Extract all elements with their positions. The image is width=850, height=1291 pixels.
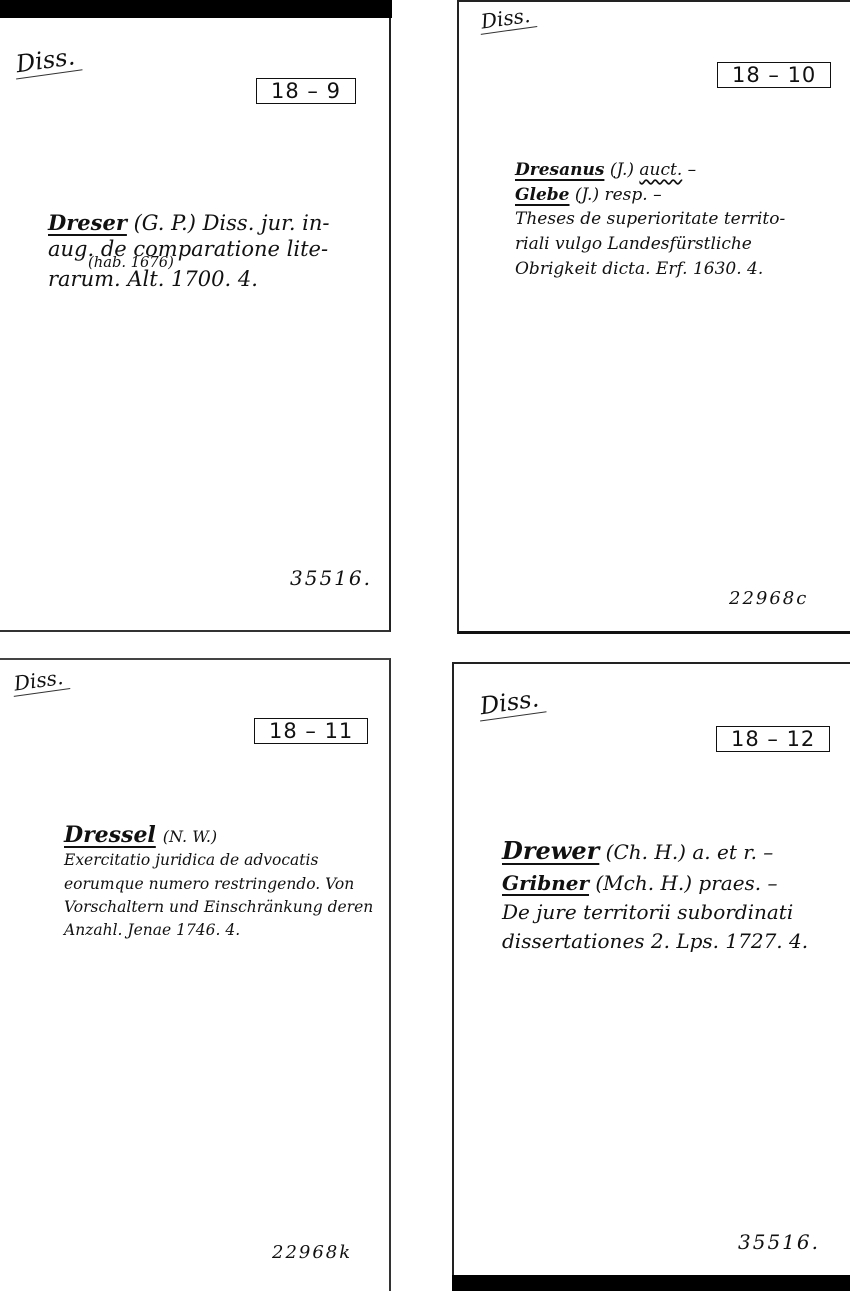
scan-border-top-left (0, 0, 392, 18)
author-name: Dresanus (515, 160, 604, 180)
entry-line: Theses de superioritate territo- (515, 207, 785, 232)
accession-number: 35516. (290, 566, 372, 590)
author-initials: (N. W.) (163, 827, 217, 846)
category-mark: Diss. (11, 666, 71, 697)
praeses-name: Gribner (502, 871, 589, 895)
entry-line: Anzahl. Jenae 1746. 4. (64, 919, 373, 942)
author-name: Drewer (502, 836, 599, 865)
entry-line: riali vulgo Landesfürstliche (515, 232, 785, 257)
author-role: auct. (639, 160, 682, 180)
author-initials: (Ch. H.) (606, 840, 686, 864)
respondent-name: Glebe (515, 185, 570, 205)
call-number: 18 – 9 (256, 78, 356, 104)
call-number: 18 – 10 (717, 62, 831, 88)
entry-line: Diss. jur. in- (203, 211, 330, 235)
entry-line: eorumque numero restringendo. Von (64, 873, 373, 896)
praeses-initials: (Mch. H.) (595, 871, 692, 895)
praeses-role: praes. – (698, 871, 777, 895)
entry-line: rarum. Alt. 1700. 4. (48, 267, 330, 293)
author-name: Dressel (64, 822, 156, 848)
author-role: a. et r. – (692, 840, 773, 864)
catalog-entry: Drewer (Ch. H.) a. et r. – Gribner (Mch.… (502, 834, 808, 956)
respondent-initials: (J.) (575, 185, 599, 205)
accession-number: 35516. (738, 1230, 820, 1254)
entry-line: Obrigkeit dicta. Erf. 1630. 4. (515, 257, 785, 282)
accession-number: 22968k (272, 1242, 352, 1263)
entry-line: Vorschaltern und Einschränkung deren (64, 896, 373, 919)
catalog-card-18-10: Diss. 18 – 10 Dresanus (J.) auct. – Gleb… (457, 0, 850, 634)
respondent-role: resp. – (604, 185, 661, 205)
author-initials: (G. P.) (134, 211, 196, 235)
category-mark: Diss. (12, 43, 82, 79)
entry-line: Exercitatio juridica de advocatis (64, 849, 373, 872)
category-mark: Diss. (478, 4, 538, 35)
accession-number: 22968c (729, 588, 808, 609)
scan-border-bottom-right (452, 1275, 850, 1291)
entry-line: De jure territorii subordinati (502, 898, 808, 927)
call-number: 18 – 12 (716, 726, 830, 752)
entry-line: dissertationes 2. Lps. 1727. 4. (502, 927, 808, 956)
category-mark: Diss. (476, 685, 546, 721)
catalog-entry: Dresanus (J.) auct. – Glebe (J.) resp. –… (515, 158, 785, 281)
catalog-card-18-12: Diss. 18 – 12 Drewer (Ch. H.) a. et r. –… (452, 662, 850, 1275)
catalog-entry: Dreser (G. P.) Diss. jur. in- aug. de co… (48, 210, 330, 293)
catalog-card-18-11: Diss. 18 – 11 Dressel (N. W.) Exercitati… (0, 658, 391, 1291)
catalog-card-18-9: Diss. 18 – 9 Dreser (G. P.) Diss. jur. i… (0, 18, 391, 632)
call-number: 18 – 11 (254, 718, 368, 744)
author-initials: (J.) (610, 160, 634, 180)
author-name: Dreser (48, 210, 127, 235)
catalog-entry: Dressel (N. W.) Exercitatio juridica de … (64, 822, 373, 942)
